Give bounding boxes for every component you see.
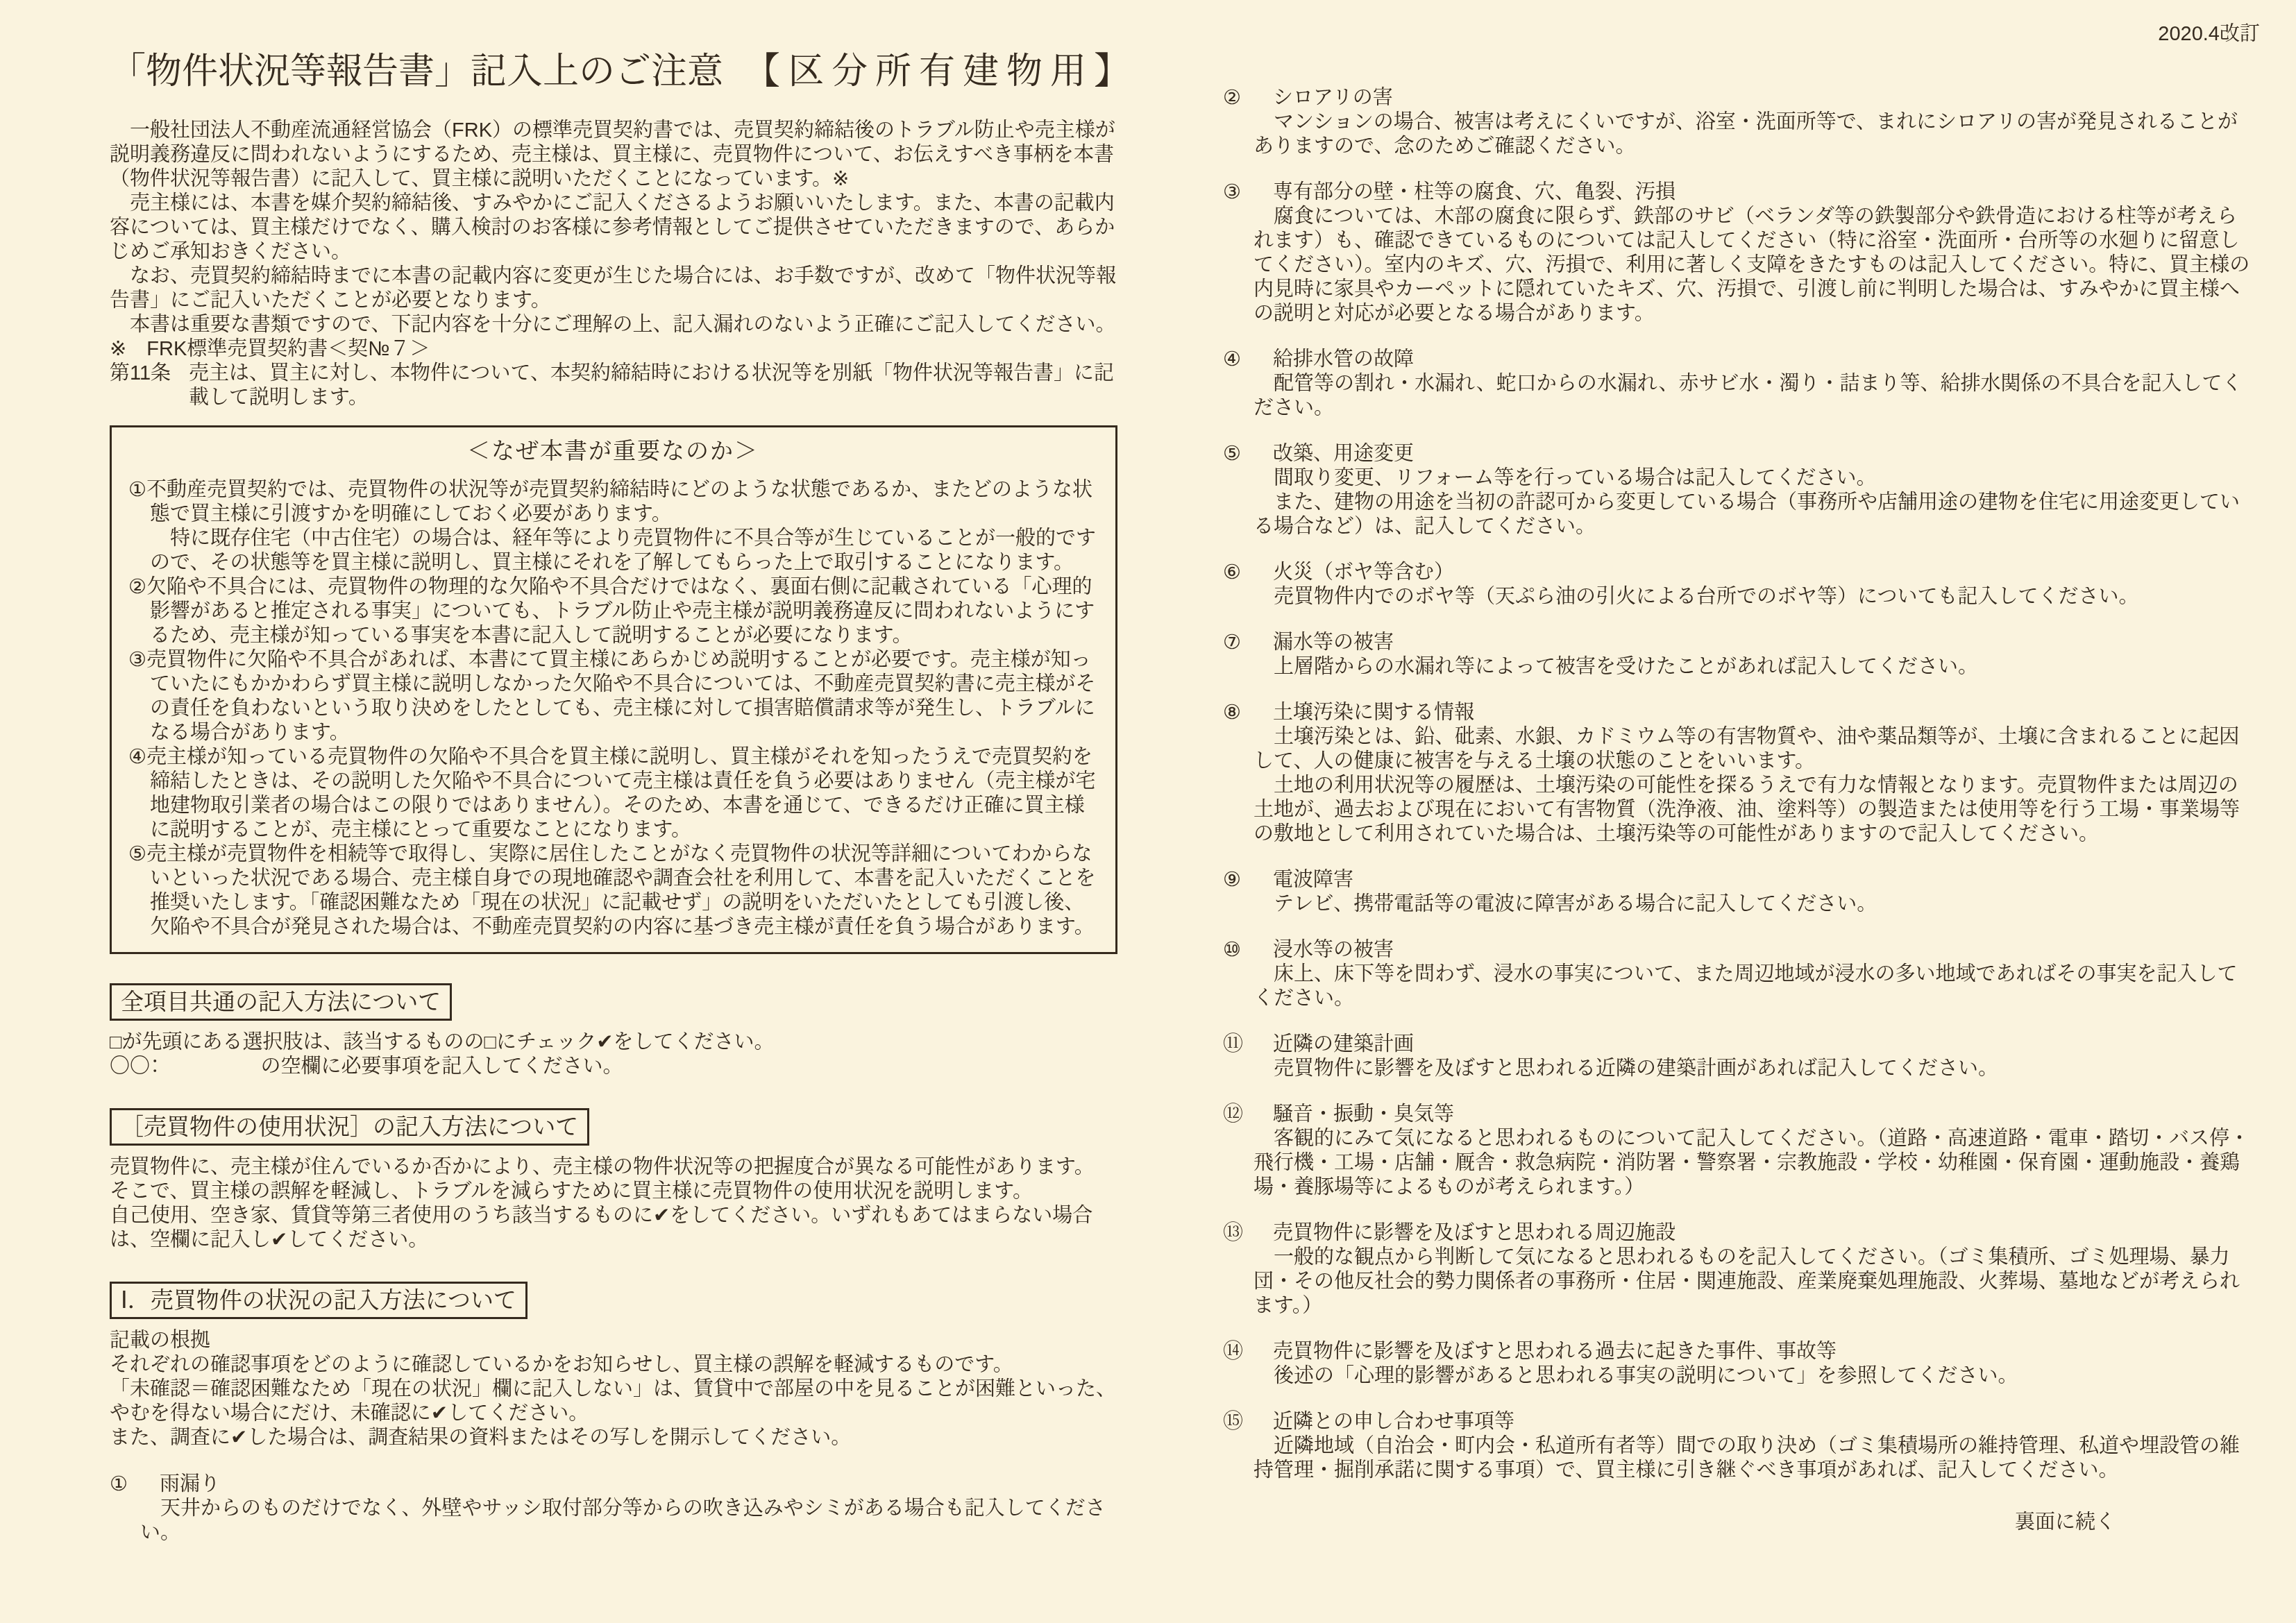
numbered-item: ④給排水管の故障 配管等の割れ・水漏れ、蛇口からの水漏れ、赤サビ水・濁り・詰まり… [1223,348,2254,420]
item-body: 客観的にみて気になると思われるものについて記入してください。（道路・高速道路・電… [1223,1127,2254,1200]
item-body: 売買物件に影響を及ぼすと思われる近隣の建築計画があれば記入してください。 [1223,1057,2254,1081]
why-item-number: ⑤ [128,843,146,865]
item-number: ⑦ [1223,631,1273,655]
item-body: 天井からのものだけでなく、外壁やサッシ取付部分等からの吹き込みやシミがある場合も… [110,1497,1117,1545]
item-number: ④ [1223,348,1273,372]
section-heading-status: Ⅰ．売買物件の状況の記入方法について [110,1282,527,1319]
item-number: ③ [1223,180,1273,205]
item-title: 給排水管の故障 [1273,348,1414,371]
section-heading-label: ［売買物件の使用状況］の記入方法について [121,1114,578,1139]
item-heading: ⑩浸水等の被害 [1223,938,2254,962]
section-heading-usage: ［売買物件の使用状況］の記入方法について [110,1108,589,1146]
usage-line: 売買物件に、売主様が住んでいるか否かにより、売主様の物件状況等の把握度合が異なる… [110,1155,1117,1180]
item-heading: ⑭売買物件に影響を及ぼすと思われる過去に起きた事件、事故等 [1223,1340,2254,1364]
item-body: 後述の「心理的影響があると思われる事実の説明について」を参照してください。 [1223,1364,2254,1388]
item-heading: ⑧土壌汚染に関する情報 [1223,701,2254,725]
section-heading-label: 全項目共通の記入方法について [121,989,441,1014]
page-title-scope: 【区分所有建物用】 [744,51,1138,92]
article-text: 売主は、買主に対し、本物件について、本契約締結時における状況等を別紙「物件状況等… [189,362,1117,410]
why-item: ①不動産売買契約では、売買物件の状況等が売買契約締結時にどのような状態であるか、… [128,478,1097,527]
item-title: 売買物件に影響を及ぼすと思われる過去に起きた事件、事故等 [1273,1341,1837,1363]
numbered-item: ①雨漏り 天井からのものだけでなく、外壁やサッシ取付部分等からの吹き込みやシミが… [110,1472,1117,1545]
item-body: 土壌汚染とは、鉛、砒素、水銀、カドミウム等の有害物質や、油や薬品類等が、土壌に含… [1223,725,2254,774]
why-box-title: ＜なぜ本書が重要なのか＞ [128,439,1097,463]
item-heading: ⑮近隣との申し合わせ事項等 [1223,1410,2254,1434]
item-number: ⑫ [1223,1103,1273,1127]
why-item-text: 売主様が知っている売買物件の欠陥や不具合を買主様に説明し、買主様がそれを知ったう… [146,746,1095,841]
item-heading: ④給排水管の故障 [1223,348,2254,372]
item-number: ⑩ [1223,938,1273,962]
section-heading-label: Ⅰ．売買物件の状況の記入方法について [121,1287,516,1313]
item-heading: ⑪近隣の建築計画 [1223,1033,2254,1057]
why-item-text: 特に既存住宅（中古住宅）の場合は、経年等により売買物件に不具合等が生じていること… [128,527,1097,575]
item-title: 雨漏り [160,1473,220,1495]
item-title: 土壌汚染に関する情報 [1273,702,1474,724]
item-heading: ⑦漏水等の被害 [1223,631,2254,655]
item-title: 漏水等の被害 [1273,631,1394,654]
item-body: また、建物の用途を当初の許認可から変更している場合（事務所や店舗用途の建物を住宅… [1223,491,2254,539]
item-body: 一般的な観点から判断して気になると思われるものを記入してください。（ゴミ集積所、… [1223,1246,2254,1318]
item-title: 近隣との申し合わせ事項等 [1273,1411,1514,1433]
item-body: 売買物件内でのボヤ等（天ぷら油の引火による台所でのボヤ等）についても記入してくだ… [1223,585,2254,609]
numbered-item: ⑫騒音・振動・臭気等 客観的にみて気になると思われるものについて記入してください… [1223,1103,2254,1200]
item-title: 電波障害 [1273,869,1353,891]
numbered-item: ⑤改築、用途変更 間取り変更、リフォーム等を行っている場合は記入してください。 … [1223,442,2254,539]
section-heading-common: 全項目共通の記入方法について [110,983,452,1021]
item-title: 売買物件に影響を及ぼすと思われる周辺施設 [1273,1222,1675,1244]
item-title: 火災（ボヤ等含む） [1273,561,1454,584]
right-column: ②シロアリの害 マンションの場合、被害は考えにくいですが、浴室・洗面所等で、まれ… [1223,86,2254,1535]
item-heading: ③専有部分の壁・柱等の腐食、穴、亀裂、汚損 [1223,180,2254,205]
item-title: 騒音・振動・臭気等 [1273,1103,1454,1125]
item-heading: ②シロアリの害 [1223,86,2254,110]
item-body: 配管等の割れ・水漏れ、蛇口からの水漏れ、赤サビ水・濁り・詰まり等、給排水関係の不… [1223,372,2254,420]
usage-line: 自己使用、空き家、賃貸等第三者使用のうち該当するものに✔をしてください。いずれも… [110,1204,1117,1252]
item-title: 浸水等の被害 [1273,939,1394,961]
note-reference: ※ FRK標準売買契約書＜契№７＞ [110,337,1117,362]
item-number: ⑤ [1223,442,1273,466]
item-number: ⑪ [1223,1033,1273,1057]
why-item: ④売主様が知っている売買物件の欠陥や不具合を買主様に説明し、買主様がそれを知った… [128,745,1097,842]
why-item-text: 欠陥や不具合には、売買物件の物理的な欠陥や不具合だけではなく、裏面右側に記載され… [146,576,1095,647]
why-item-text: 不動産売買契約では、売買物件の状況等が売買契約締結時にどのような状態であるか、ま… [146,479,1092,525]
item-heading: ⑤改築、用途変更 [1223,442,2254,466]
item-number: ① [110,1472,160,1497]
instruction-line: □が先頭にある選択肢は、該当するものの□にチェック✔をしてください。 [110,1030,1117,1055]
status-subheading: 記載の根拠 [110,1329,1117,1353]
item-number: ⑭ [1223,1340,1273,1364]
numbered-item: ②シロアリの害 マンションの場合、被害は考えにくいですが、浴室・洗面所等で、まれ… [1223,86,2254,159]
item-body: 腐食については、木部の腐食に限らず、鉄部のサビ（ベランダ等の鉄製部分や鉄骨造にお… [1223,205,2254,326]
item-heading: ①雨漏り [110,1472,1117,1497]
item-heading: ⑫騒音・振動・臭気等 [1223,1103,2254,1127]
left-column: 「物件状況等報告書」記入上のご注意【区分所有建物用】 一般社団法人不動産流通経営… [110,60,1117,1567]
revision-date: 2020.4改訂 [2158,18,2260,46]
status-line: それぞれの確認事項をどのように確認しているかをお知らせし、買主様の誤解を軽減する… [110,1353,1117,1377]
item-title: 近隣の建築計画 [1273,1033,1414,1055]
why-item-number: ③ [128,649,146,671]
item-heading: ⑥火災（ボヤ等含む） [1223,561,2254,585]
why-item: ②欠陥や不具合には、売買物件の物理的な欠陥や不具合だけではなく、裏面右側に記載さ… [128,575,1097,648]
numbered-item: ⑩浸水等の被害 床上、床下等を問わず、浸水の事実について、また周辺地域が浸水の多… [1223,938,2254,1011]
numbered-item: ⑮近隣との申し合わせ事項等 近隣地域（自治会・町内会・私道所有者等）間での取り決… [1223,1410,2254,1483]
why-item-text: 売買物件に欠陥や不具合があれば、本書にて買主様にあらかじめ説明することが必要です… [146,649,1095,744]
why-item-number: ② [128,576,146,598]
numbered-item: ⑬売買物件に影響を及ぼすと思われる周辺施設 一般的な観点から判断して気になると思… [1223,1221,2254,1318]
why-item: ⑤売主様が売買物件を相続等で取得し、実際に居住したことがなく売買物件の状況等詳細… [128,842,1097,940]
continue-note: 裏面に続く [1223,1511,2116,1535]
item-number: ⑨ [1223,868,1273,892]
numbered-item: ⑦漏水等の被害 上層階からの水漏れ等によって被害を受けたことがあれば記入してくだ… [1223,631,2254,679]
article-label: 第11条 [110,362,171,410]
why-box: ＜なぜ本書が重要なのか＞ ①不動産売買契約では、売買物件の状況等が売買契約締結時… [110,425,1117,954]
item-number: ⑧ [1223,701,1273,725]
numbered-item: ⑥火災（ボヤ等含む） 売買物件内でのボヤ等（天ぷら油の引火による台所でのボヤ等）… [1223,561,2254,609]
item-body: 近隣地域（自治会・町内会・私道所有者等）間での取り決め（ゴミ集積場所の維持管理、… [1223,1434,2254,1483]
item-body: 上層階からの水漏れ等によって被害を受けたことがあれば記入してください。 [1223,655,2254,679]
page-title-main: 「物件状況等報告書」記入上のご注意 [110,51,723,92]
item-title: 改築、用途変更 [1273,443,1414,465]
numbered-item: ③専有部分の壁・柱等の腐食、穴、亀裂、汚損 腐食については、木部の腐食に限らず、… [1223,180,2254,326]
article-clause: 第11条 売主は、買主に対し、本物件について、本契約締結時における状況等を別紙「… [110,362,1117,410]
status-line: 「未確認＝確認困難なため「現在の状況」欄に記入しない」は、賃貸中で部屋の中を見る… [110,1377,1117,1426]
intro-paragraph: 売主様には、本書を媒介契約締結後、すみやかにご記入くださるようお願いいたします。… [110,192,1117,264]
status-line: また、調査に✔した場合は、調査結果の資料またはその写しを開示してください。 [110,1426,1117,1450]
instruction-line: 〇〇： の空欄に必要事項を記入してください。 [110,1055,1117,1079]
numbered-item: ⑪近隣の建築計画 売買物件に影響を及ぼすと思われる近隣の建築計画があれば記入して… [1223,1033,2254,1081]
item-title: シロアリの害 [1273,87,1393,109]
intro-paragraph: 本書は重要な書類ですので、下記内容を十分にご理解の上、記入漏れのないよう正確にご… [110,313,1117,337]
why-item-number: ④ [128,746,146,768]
item-title: 専有部分の壁・柱等の腐食、穴、亀裂、汚損 [1273,181,1675,203]
intro-paragraph: 一般社団法人不動産流通経営協会（FRK）の標準売買契約書では、売買契約締結後のト… [110,119,1117,192]
item-body: 床上、床下等を問わず、浸水の事実について、また周辺地域が浸水の多い地域であればそ… [1223,962,2254,1011]
numbered-item: ⑧土壌汚染に関する情報 土壌汚染とは、鉛、砒素、水銀、カドミウム等の有害物質や、… [1223,701,2254,847]
intro-paragraph: なお、売買契約締結時までに本書の記載内容に変更が生じた場合には、お手数ですが、改… [110,264,1117,313]
numbered-item: ⑭売買物件に影響を及ぼすと思われる過去に起きた事件、事故等 後述の「心理的影響が… [1223,1340,2254,1388]
item-heading: ⑨電波障害 [1223,868,2254,892]
why-item-number: ① [128,479,146,501]
item-number: ⑥ [1223,561,1273,585]
why-item-text: 売主様が売買物件を相続等で取得し、実際に居住したことがなく売買物件の状況等詳細に… [146,843,1095,938]
item-number: ⑮ [1223,1410,1273,1434]
item-body: 土地の利用状況等の履歴は、土壌汚染の可能性を探るうえで有力な情報となります。売買… [1223,774,2254,847]
item-body: 間取り変更、リフォーム等を行っている場合は記入してください。 [1223,466,2254,491]
item-number: ⑬ [1223,1221,1273,1246]
item-heading: ⑬売買物件に影響を及ぼすと思われる周辺施設 [1223,1221,2254,1246]
item-body: テレビ、携帯電話等の電波に障害がある場合に記入してください。 [1223,892,2254,917]
item-body: マンションの場合、被害は考えにくいですが、浴室・洗面所等で、まれにシロアリの害が… [1223,110,2254,159]
usage-line: そこで、買主様の誤解を軽減し、トラブルを減らすために買主様に売買物件の使用状況を… [110,1180,1117,1204]
page-title: 「物件状況等報告書」記入上のご注意【区分所有建物用】 [110,60,1117,84]
item-number: ② [1223,86,1273,110]
numbered-item: ⑨電波障害 テレビ、携帯電話等の電波に障害がある場合に記入してください。 [1223,868,2254,917]
why-item: ③売買物件に欠陥や不具合があれば、本書にて買主様にあらかじめ説明することが必要で… [128,648,1097,745]
